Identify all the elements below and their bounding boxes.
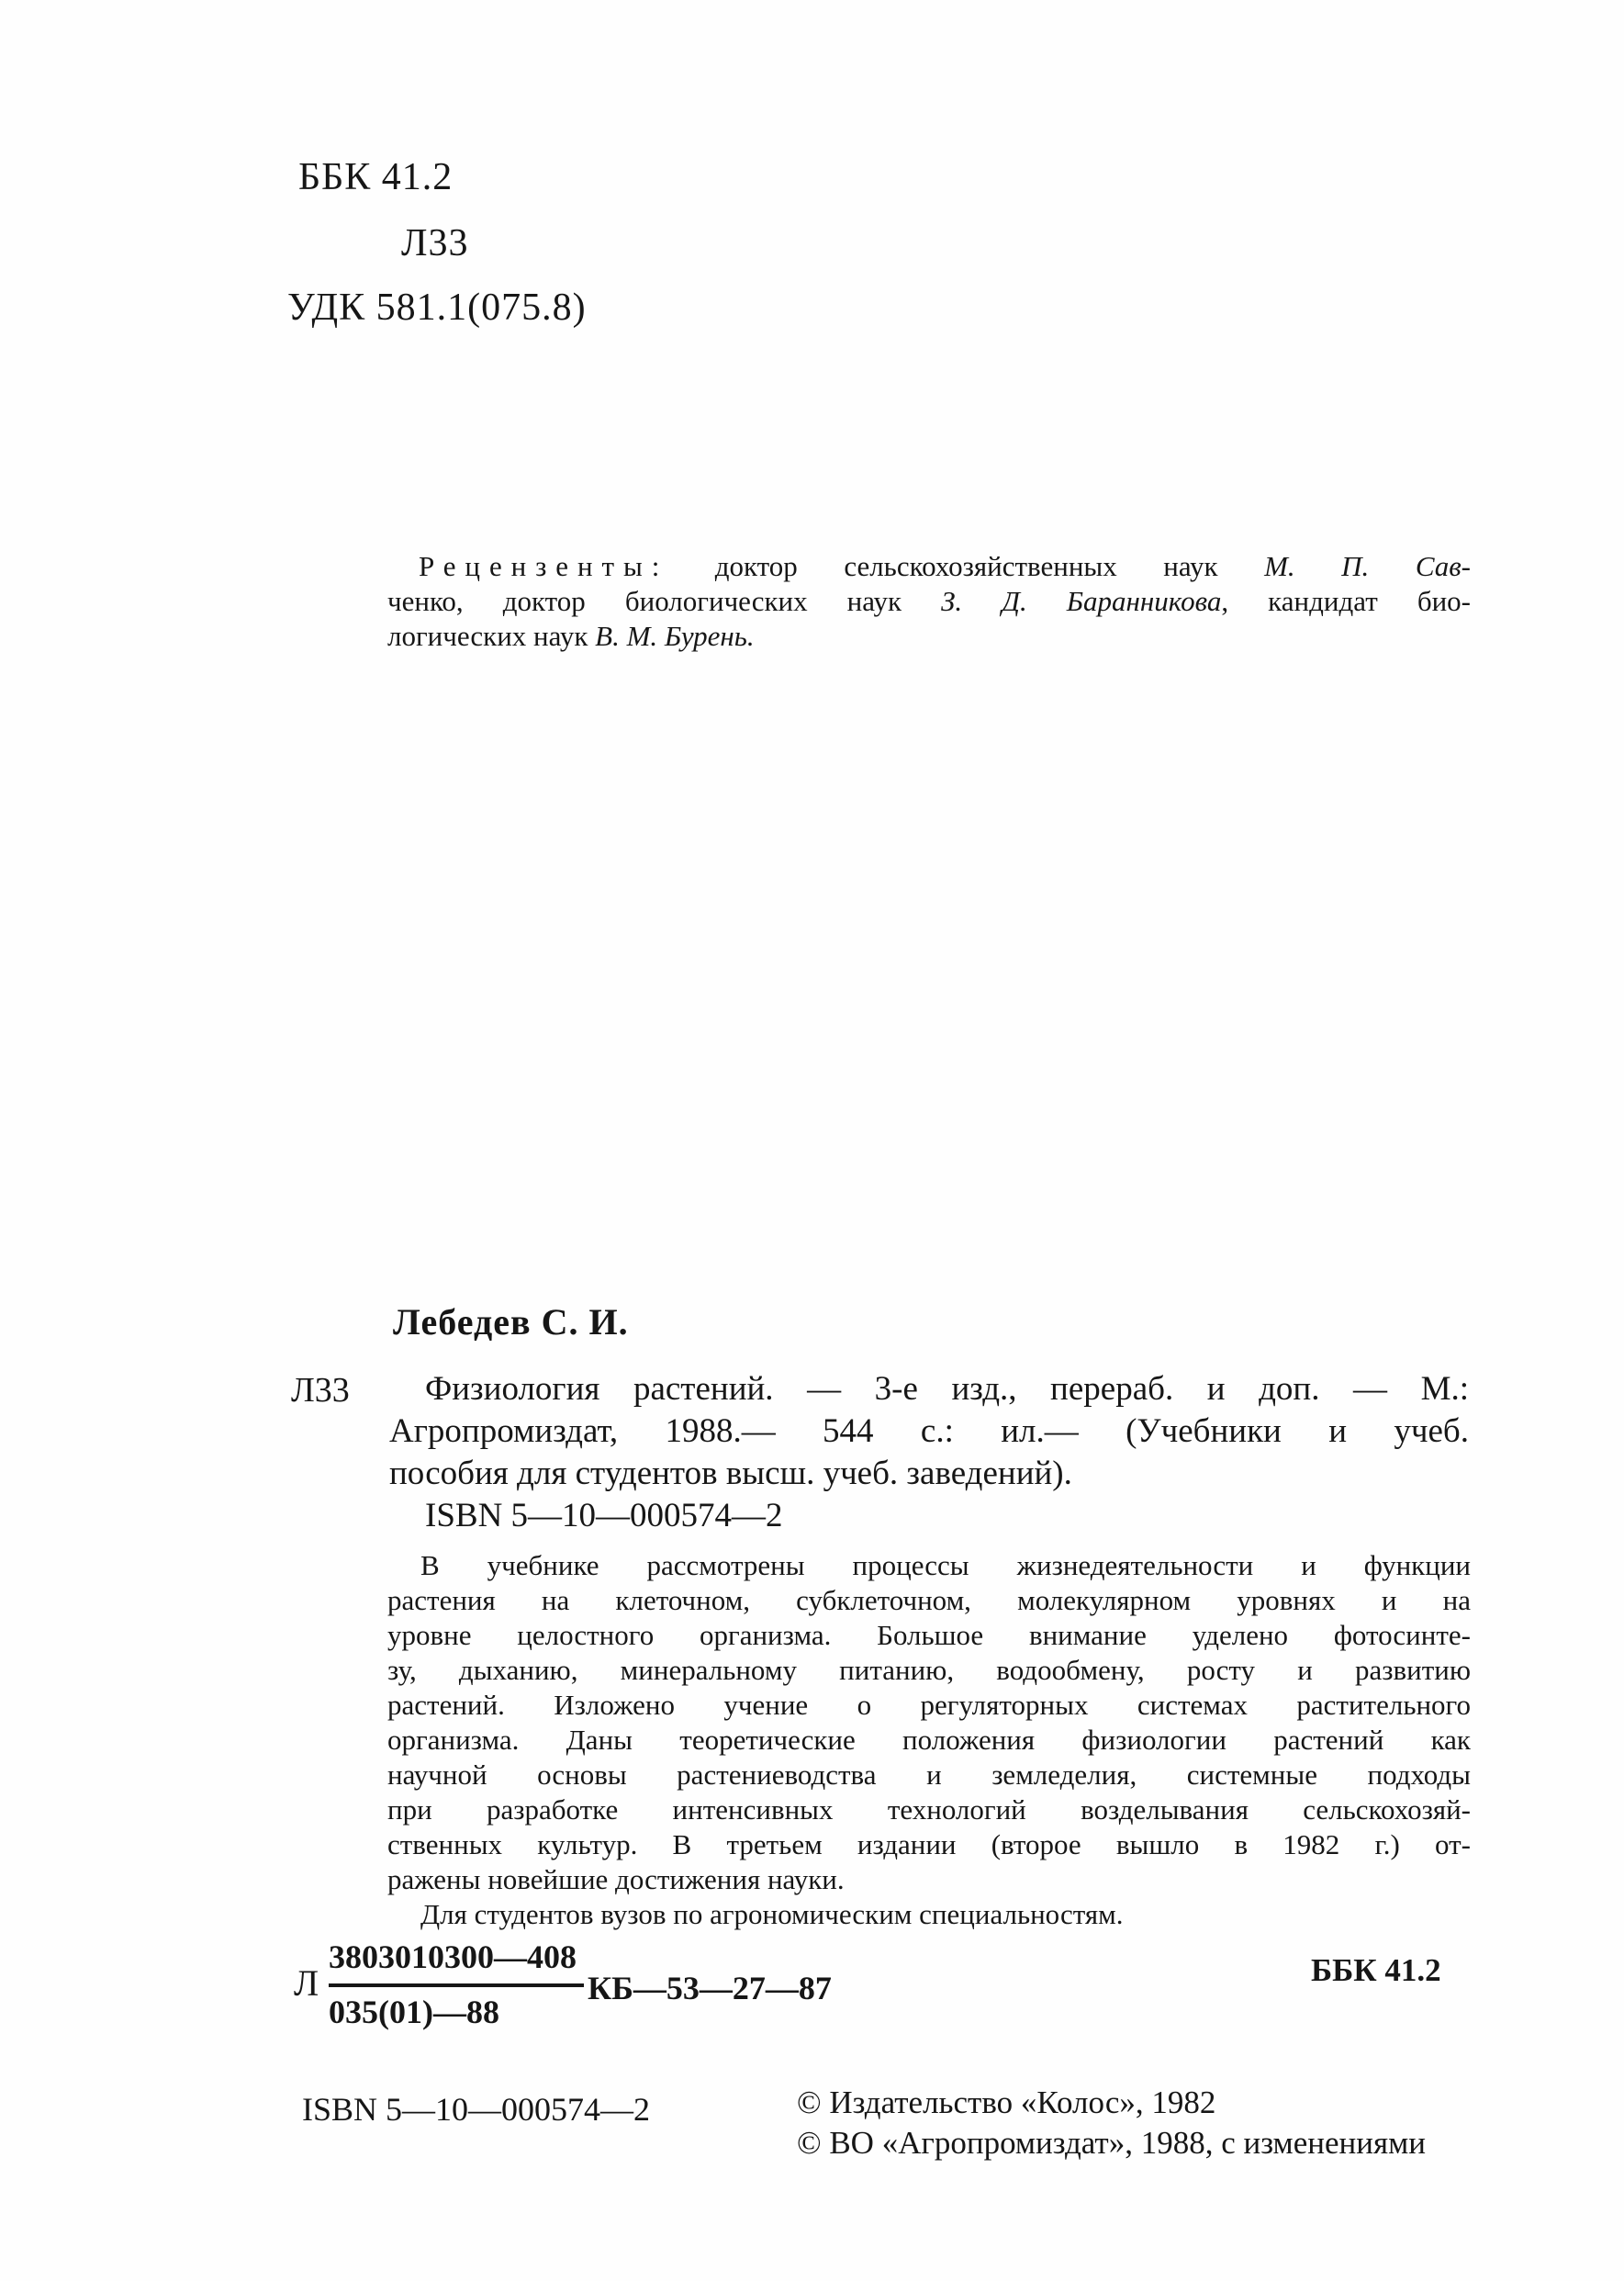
annotation-line: при разработке интенсивных технологий во…	[387, 1792, 1471, 1827]
reviewers-text: доктор сельскохозяйственных наук	[668, 550, 1264, 582]
bibliographic-entry: Физиология растений. — 3-е изд., перераб…	[389, 1368, 1469, 1537]
catalog-prefix-letter: Л	[294, 1961, 319, 2005]
reviewer-name: М. П. Сав-	[1264, 550, 1471, 582]
copyright-kolos: © Издательство «Колос», 1982	[797, 2084, 1215, 2121]
catalog-kb-code: КБ—53—27—87	[588, 1969, 832, 2007]
book-imprint-page: ББК 41.2 Л33 УДК 581.1(075.8) Рецензенты…	[0, 0, 1624, 2281]
annotation-line: организма. Даны теоретические положения …	[387, 1723, 1471, 1758]
annotation-line: растения на клеточном, субклеточном, мол…	[387, 1583, 1471, 1618]
reviewers-line-3: логических наук В. М. Бурень.	[387, 619, 1471, 654]
annotation-line: зу, дыханию, минеральному питанию, водоо…	[387, 1653, 1471, 1688]
reviewers-text: ченко, доктор биологических наук	[387, 585, 941, 617]
bbk-code-bottom: ББК 41.2	[1311, 1952, 1441, 1989]
reviewer-name: В. М. Бурень.	[595, 620, 755, 652]
author-sign-code: Л33	[401, 222, 469, 264]
bbk-code: ББК 41.2	[298, 156, 453, 198]
biblio-line: пособия для студентов высш. учеб. заведе…	[389, 1453, 1469, 1495]
reviewers-text: , кандидат био-	[1221, 585, 1471, 617]
reviewers-label: Рецензенты:	[419, 550, 668, 582]
reviewers-line-2: ченко, доктор биологических наук З. Д. Б…	[387, 584, 1471, 619]
annotation-line: уровне целостного организма. Большое вни…	[387, 1618, 1471, 1653]
catalog-numerator: 3803010300—408	[329, 1930, 584, 1987]
reviewers-text: логических наук	[387, 620, 595, 652]
annotation-line: научной основы растениеводства и земледе…	[387, 1758, 1471, 1792]
isbn-footer: ISBN 5—10—000574—2	[302, 2090, 650, 2129]
biblio-author-sign: Л33	[291, 1370, 350, 1410]
copyright-agropromizdat: © ВО «Агропромиздат», 1988, с изменениям…	[797, 2125, 1426, 2162]
annotation-line: растений. Изложено учение о регуляторных…	[387, 1688, 1471, 1723]
annotation-line: ственных культур. В третьем издании (вто…	[387, 1827, 1471, 1862]
reviewer-name: З. Д. Баранникова	[941, 585, 1221, 617]
biblio-line: Физиология растений. — 3-е изд., перераб…	[389, 1368, 1469, 1410]
reviewers-paragraph: Рецензенты: доктор сельскохозяйственных …	[387, 549, 1471, 654]
catalog-denominator: 035(01)—88	[329, 1987, 584, 2037]
reviewers-line-1: Рецензенты: доктор сельскохозяйственных …	[387, 549, 1471, 584]
annotation-paragraph: В учебнике рассмотрены процессы жизнедея…	[387, 1548, 1471, 1932]
udk-code: УДК 581.1(075.8)	[287, 287, 587, 329]
annotation-line: ражены новейшие достижения науки.	[387, 1862, 1471, 1897]
biblio-line: Агропромиздат, 1988.— 544 с.: ил.— (Учеб…	[389, 1410, 1469, 1453]
author-name: Лебедев С. И.	[393, 1300, 629, 1343]
annotation-audience-line: Для студентов вузов по агрономическим сп…	[387, 1897, 1471, 1932]
annotation-line: В учебнике рассмотрены процессы жизнедея…	[387, 1548, 1471, 1583]
isbn-line: ISBN 5—10—000574—2	[389, 1495, 1469, 1537]
catalog-fraction: 3803010300—408 035(01)—88	[329, 1930, 584, 2037]
